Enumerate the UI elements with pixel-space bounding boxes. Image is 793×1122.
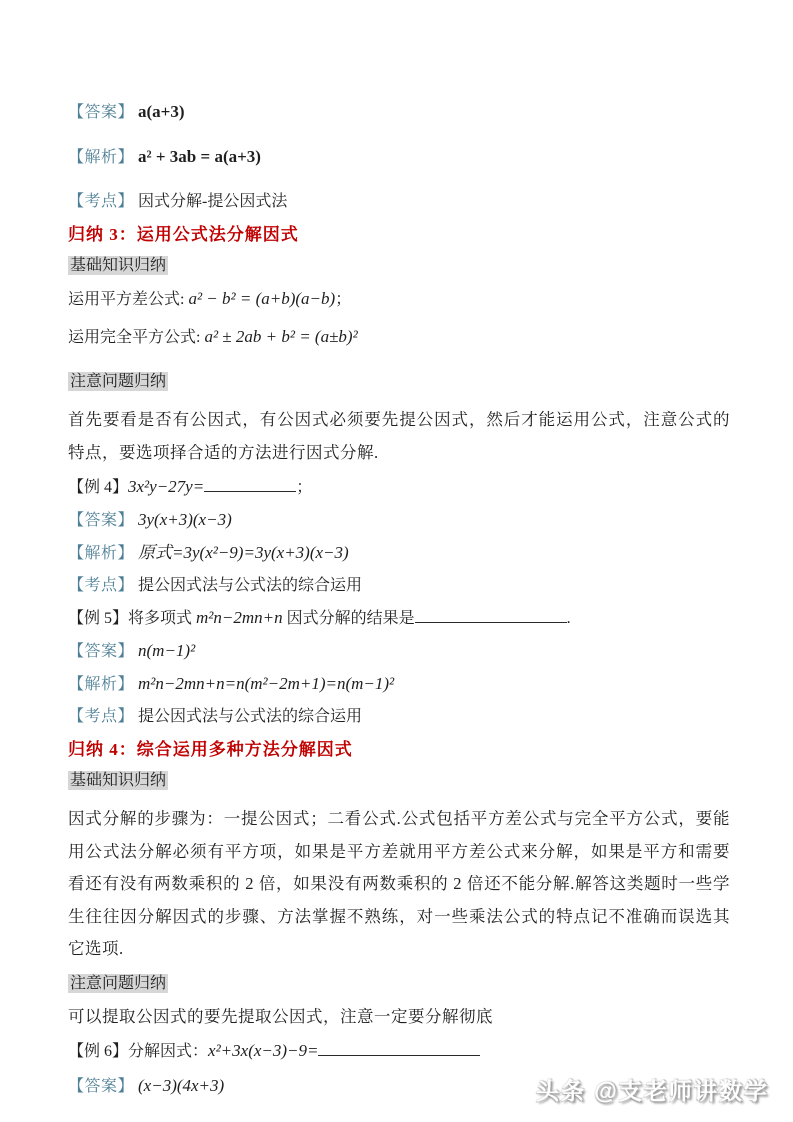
answer-label: 【答案】 [68,512,134,529]
section4-basic-title: 基础知识归纳 [68,770,730,792]
analysis-label: 【解析】 [68,545,134,562]
example5-keypoint-line: 【考点】 提公因式法与公式法的综合运用 [68,706,730,728]
example5-problem-math: m²n−2mn+n [196,608,283,627]
answer-label: 【答案】 [68,643,134,660]
formula2-math: a² ± 2ab + b² = (a±b)² [204,327,357,346]
answer-value: 3y(x+3)(x−3) [138,510,232,529]
example5-analysis-line: 【解析】 m²n−2mn+n=n(m²−2m+1)=n(m−1)² [68,673,730,696]
answer-value: n(m−1)² [138,641,195,660]
section4-note-line: 可以提取公因式的要先提取公因式，注意一定要分解彻底 [68,1006,730,1028]
keypoint-value: 因式分解-提公因式法 [138,193,287,210]
answer-value: (x−3)(4x+3) [138,1076,224,1095]
answer-label: 【答案】 [68,104,134,121]
example5-problem-line: 【例 5】将多项式 m²n−2mn+n 因式分解的结果是. [68,607,730,630]
section3-basic-title: 基础知识归纳 [68,255,730,277]
watermark: 头条 @支老师讲数学 [536,1073,769,1106]
formula-perfect-square: 运用完全平方公式: a² ± 2ab + b² = (a±b)² [68,326,730,349]
keypoint-label: 【考点】 [68,708,134,725]
intro-answer-line: 【答案】 a(a+3) [68,101,730,124]
answer-label: 【答案】 [68,1078,134,1095]
note-title: 注意问题归纳 [68,372,168,391]
document-page: 【答案】 a(a+3) 【解析】 a² + 3ab = a(a+3) 【考点】 … [68,101,730,1108]
formula2-prefix: 运用完全平方公式: [68,329,204,346]
answer-blank [318,1041,480,1056]
answer-blank [415,608,567,623]
example5-problem-suffix: 因式分解的结果是 [283,610,415,627]
analysis-value: a² + 3ab = a(a+3) [138,147,261,166]
example4-analysis-line: 【解析】 原式=3y(x²−9)=3y(x+3)(x−3) [68,542,730,565]
formula-square-difference: 运用平方差公式: a² − b² = (a+b)(a−b)； [68,288,730,311]
example6-problem-line: 【例 6】分解因式：x²+3x(x−3)−9= [68,1040,730,1063]
example5-tail: . [567,610,571,627]
example6-problem-prefix: 分解因式： [128,1043,208,1060]
keypoint-label: 【考点】 [68,577,134,594]
example5-label: 【例 5】 [68,610,128,627]
example4-answer-line: 【答案】 3y(x+3)(x−3) [68,509,730,532]
basic-knowledge-title: 基础知识归纳 [68,256,168,275]
answer-blank [204,477,296,492]
example6-problem-math: x²+3x(x−3)−9= [208,1041,318,1060]
section4-heading: 归纳 4：综合运用多种方法分解因式 [68,738,730,761]
section4-basic-paragraph: 因式分解的步骤为：一提公因式；二看公式.公式包括平方差公式与完全平方公式，要能用… [68,803,730,966]
example4-label: 【例 4】 [68,479,128,496]
example5-problem-prefix: 将多项式 [128,610,196,627]
keypoint-value: 提公因式法与公式法的综合运用 [138,577,362,594]
intro-keypoint-line: 【考点】 因式分解-提公因式法 [68,191,730,213]
note-title: 注意问题归纳 [68,974,168,993]
formula1-prefix: 运用平方差公式: [68,291,188,308]
analysis-label: 【解析】 [68,149,134,166]
analysis-label: 【解析】 [68,676,134,693]
example5-answer-line: 【答案】 n(m−1)² [68,640,730,663]
example4-problem: 3x²y−27y= [128,477,204,496]
keypoint-value: 提公因式法与公式法的综合运用 [138,708,362,725]
analysis-value: m²n−2mn+n=n(m²−2m+1)=n(m−1)² [138,674,394,693]
keypoint-label: 【考点】 [68,193,134,210]
formula1-tail: ； [335,291,351,308]
basic-knowledge-title: 基础知识归纳 [68,771,168,790]
formula1-math: a² − b² = (a+b)(a−b) [188,289,335,308]
section3-heading: 归纳 3：运用公式法分解因式 [68,223,730,246]
example4-problem-line: 【例 4】3x²y−27y=； [68,476,730,499]
example6-label: 【例 6】 [68,1043,128,1060]
section3-note-title: 注意问题归纳 [68,371,730,393]
section3-note-paragraph: 首先要看是否有公因式，有公因式必须要先提公因式，然后才能运用公式，注意公式的特点… [68,404,730,469]
analysis-value: 原式=3y(x²−9)=3y(x+3)(x−3) [138,543,349,562]
example4-keypoint-line: 【考点】 提公因式法与公式法的综合运用 [68,575,730,597]
intro-analysis-line: 【解析】 a² + 3ab = a(a+3) [68,146,730,169]
answer-value: a(a+3) [138,102,185,121]
section4-note-title: 注意问题归纳 [68,973,730,995]
example4-tail: ； [296,479,312,496]
